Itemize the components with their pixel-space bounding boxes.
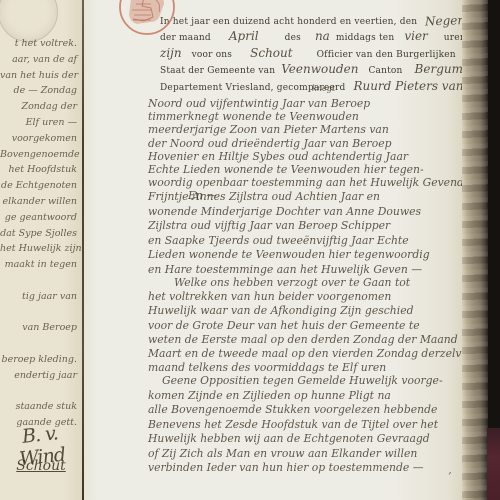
handwritten-line: Frijntje Annes Zijlstra oud Achtien Jaar… xyxy=(148,190,458,205)
printed-text: voor ons xyxy=(192,50,233,60)
handwritten-line: wonende Minderjarige Dochter van Anne Do… xyxy=(148,205,458,220)
handwritten-line: Welke ons hebben verzogt over te Gaan to… xyxy=(148,276,458,290)
handwritten-line-fragment: t het voltrek. xyxy=(0,36,77,52)
handwritten-entry-municipality: Veenwouden xyxy=(281,62,358,76)
handwritten-line-fragment: het Hoofdstuk xyxy=(0,162,77,178)
handwritten-line: komen Zijnde en Zijlieden op hunne Pligt… xyxy=(148,389,458,404)
header-line-3: zijn voor ons Schout Officier van den Bu… xyxy=(160,46,462,62)
handwritten-line-fragment: Bovengenoemde xyxy=(0,147,77,163)
handwritten-line: Hovenier en Hiltje Sybes oud achtenderti… xyxy=(148,150,458,163)
handwritten-line-fragment: dat Sype Sjolles xyxy=(0,226,77,242)
handwritten-line-fragment: Elf uren — xyxy=(0,115,77,131)
handwritten-line-fragment: endertig jaar xyxy=(0,368,77,384)
book-cover-edge xyxy=(487,428,500,500)
handwritten-line: en Hare toestemminge aan het Huwelijk Ge… xyxy=(148,263,458,278)
handwritten-line: verbinden Ieder van hun hier op toestemm… xyxy=(148,461,458,476)
handwritten-line: Zijlstra oud vijftig Jaar van Beroep Sch… xyxy=(148,219,458,234)
handwritten-line-fragment: ge geantwoord xyxy=(0,210,77,226)
revenue-stamp-icon xyxy=(116,0,180,44)
handwritten-line-fragment: de Echtgenoten xyxy=(0,178,77,194)
handwritten-line-fragment: de — Zondag xyxy=(0,83,77,99)
header-line-4: Staat der Gemeente van Veenwouden Canton… xyxy=(160,62,462,78)
printed-text: In het jaar een duizend acht honderd en … xyxy=(160,17,417,27)
marriage-act-page: In het jaar een duizend acht honderd en … xyxy=(84,0,462,500)
handwritten-line: timmerknegt wonende te Veenwouden xyxy=(148,110,458,123)
handwritten-entry-official: Schout xyxy=(250,46,292,60)
book-spine xyxy=(488,0,500,500)
previous-page-line-fragments: t het voltrek.aar, van de afvan het huis… xyxy=(0,36,77,431)
paragraph-banns: Welke ons hebben verzogt over te Gaan to… xyxy=(148,276,458,375)
printed-text: middags ten xyxy=(336,33,394,43)
act-header: In het jaar een duizend acht honderd en … xyxy=(160,13,462,95)
handwritten-line-fragment: staande stuk xyxy=(0,399,77,415)
handwritten-line: weten de Eerste maal op den derden Zonda… xyxy=(148,333,458,347)
handwritten-line-fragment: Zondag der xyxy=(0,99,77,115)
handwritten-line: Geene Oppositien tegen Gemelde Huwelijk … xyxy=(148,374,458,389)
header-line-1: In het jaar een duizend acht honderd en … xyxy=(160,13,462,29)
handwritten-line: en Saapke Tjeerds oud tweeënvijftig Jaar… xyxy=(148,234,458,249)
handwritten-entry-month: April xyxy=(229,29,259,43)
handwritten-line: Noord oud vijfentwintig Jaar van Beroep xyxy=(148,97,458,110)
handwritten-line-fragment: voorgekomen xyxy=(0,131,77,147)
handwritten-line: Echte Lieden wonende te Veenwouden hier … xyxy=(148,163,458,176)
schout-signature-title: Schout xyxy=(2,458,80,474)
handwritten-line-fragment xyxy=(0,305,77,321)
handwritten-line: alle Bovengenoemde Stukken voorgelezen h… xyxy=(148,403,458,418)
handwritten-line-fragment xyxy=(0,273,77,289)
handwritten-line-fragment: elkander willen xyxy=(0,194,77,210)
header-line-2: der maand April des na middags ten vier … xyxy=(160,29,462,45)
handwritten-line: woordig openbaar toestemming aan het Huw… xyxy=(148,176,458,189)
printed-text: des xyxy=(285,33,301,43)
paragraph-bride: Frijntje Annes Zijlstra oud Achtien Jaar… xyxy=(148,190,458,277)
handwritten-line: Maart en de tweede maal op den vierden Z… xyxy=(148,347,458,361)
registry-book-scan: t het voltrek.aar, van de afvan het huis… xyxy=(0,0,500,500)
handwritten-line: Benevens het Zesde Hoofdstuk van de Tijt… xyxy=(148,418,458,433)
paragraph-groom: Noord oud vijfentwintig Jaar van Beroept… xyxy=(148,97,458,203)
handwritten-line-fragment: aar, van de af xyxy=(0,52,77,68)
paragraph-closing: Geene Oppositien tegen Gemelde Huwelijk … xyxy=(148,374,458,476)
handwritten-line: Lieden wonende te Veenwouden hier tegenw… xyxy=(148,248,458,263)
handwritten-line-fragment: van het huis der xyxy=(0,68,77,84)
handwritten-line: der Noord oud drieëndertig Jaar van Bero… xyxy=(148,137,458,150)
superscript-insert: knegt xyxy=(312,84,335,93)
printed-text: Staat der Gemeente van xyxy=(160,66,275,76)
handwritten-entry-hour: vier xyxy=(404,29,427,43)
page-block-edge xyxy=(462,0,488,500)
handwritten-line: voor de Grote Deur van het huis der Geme… xyxy=(148,319,458,333)
handwritten-entry-daypart: na xyxy=(315,29,330,43)
printed-text: Officier van den Burgerlijken xyxy=(317,50,456,60)
handwritten-line-fragment xyxy=(0,336,77,352)
previous-page: t het voltrek.aar, van de afvan het huis… xyxy=(0,0,84,500)
handwritten-line: Huwelijk hebben wij aan de Echtgenoten G… xyxy=(148,432,458,447)
handwritten-entry-canton: Bergum xyxy=(415,62,463,76)
handwritten-line-fragment: van Beroep xyxy=(0,320,77,336)
ink-stray-mark: ’ xyxy=(448,470,452,483)
handwritten-line-fragment xyxy=(0,384,77,400)
handwritten-line: meerderjarige Zoon van Pieter Martens va… xyxy=(148,123,458,136)
printed-text: Canton xyxy=(368,66,402,76)
handwritten-line: Huwelijk waar van de Afkondiging Zijn ge… xyxy=(148,304,458,318)
header-line-5: Departement Vriesland, gecompareerd Ruur… xyxy=(160,79,462,95)
handwritten-line-fragment: het Huwelijk zijn xyxy=(0,241,77,257)
handwritten-entry: zijn xyxy=(160,46,182,60)
handwritten-line: het voltrekken van hun beider voorgenome… xyxy=(148,290,458,304)
handwritten-line-fragment: tig jaar van xyxy=(0,289,77,305)
handwritten-line-fragment: beroep kleding. xyxy=(0,352,77,368)
handwritten-line-fragment: maakt in tegen xyxy=(0,257,77,273)
handwritten-line: of Zij Zich als Man en vrouw aan Elkande… xyxy=(148,447,458,462)
